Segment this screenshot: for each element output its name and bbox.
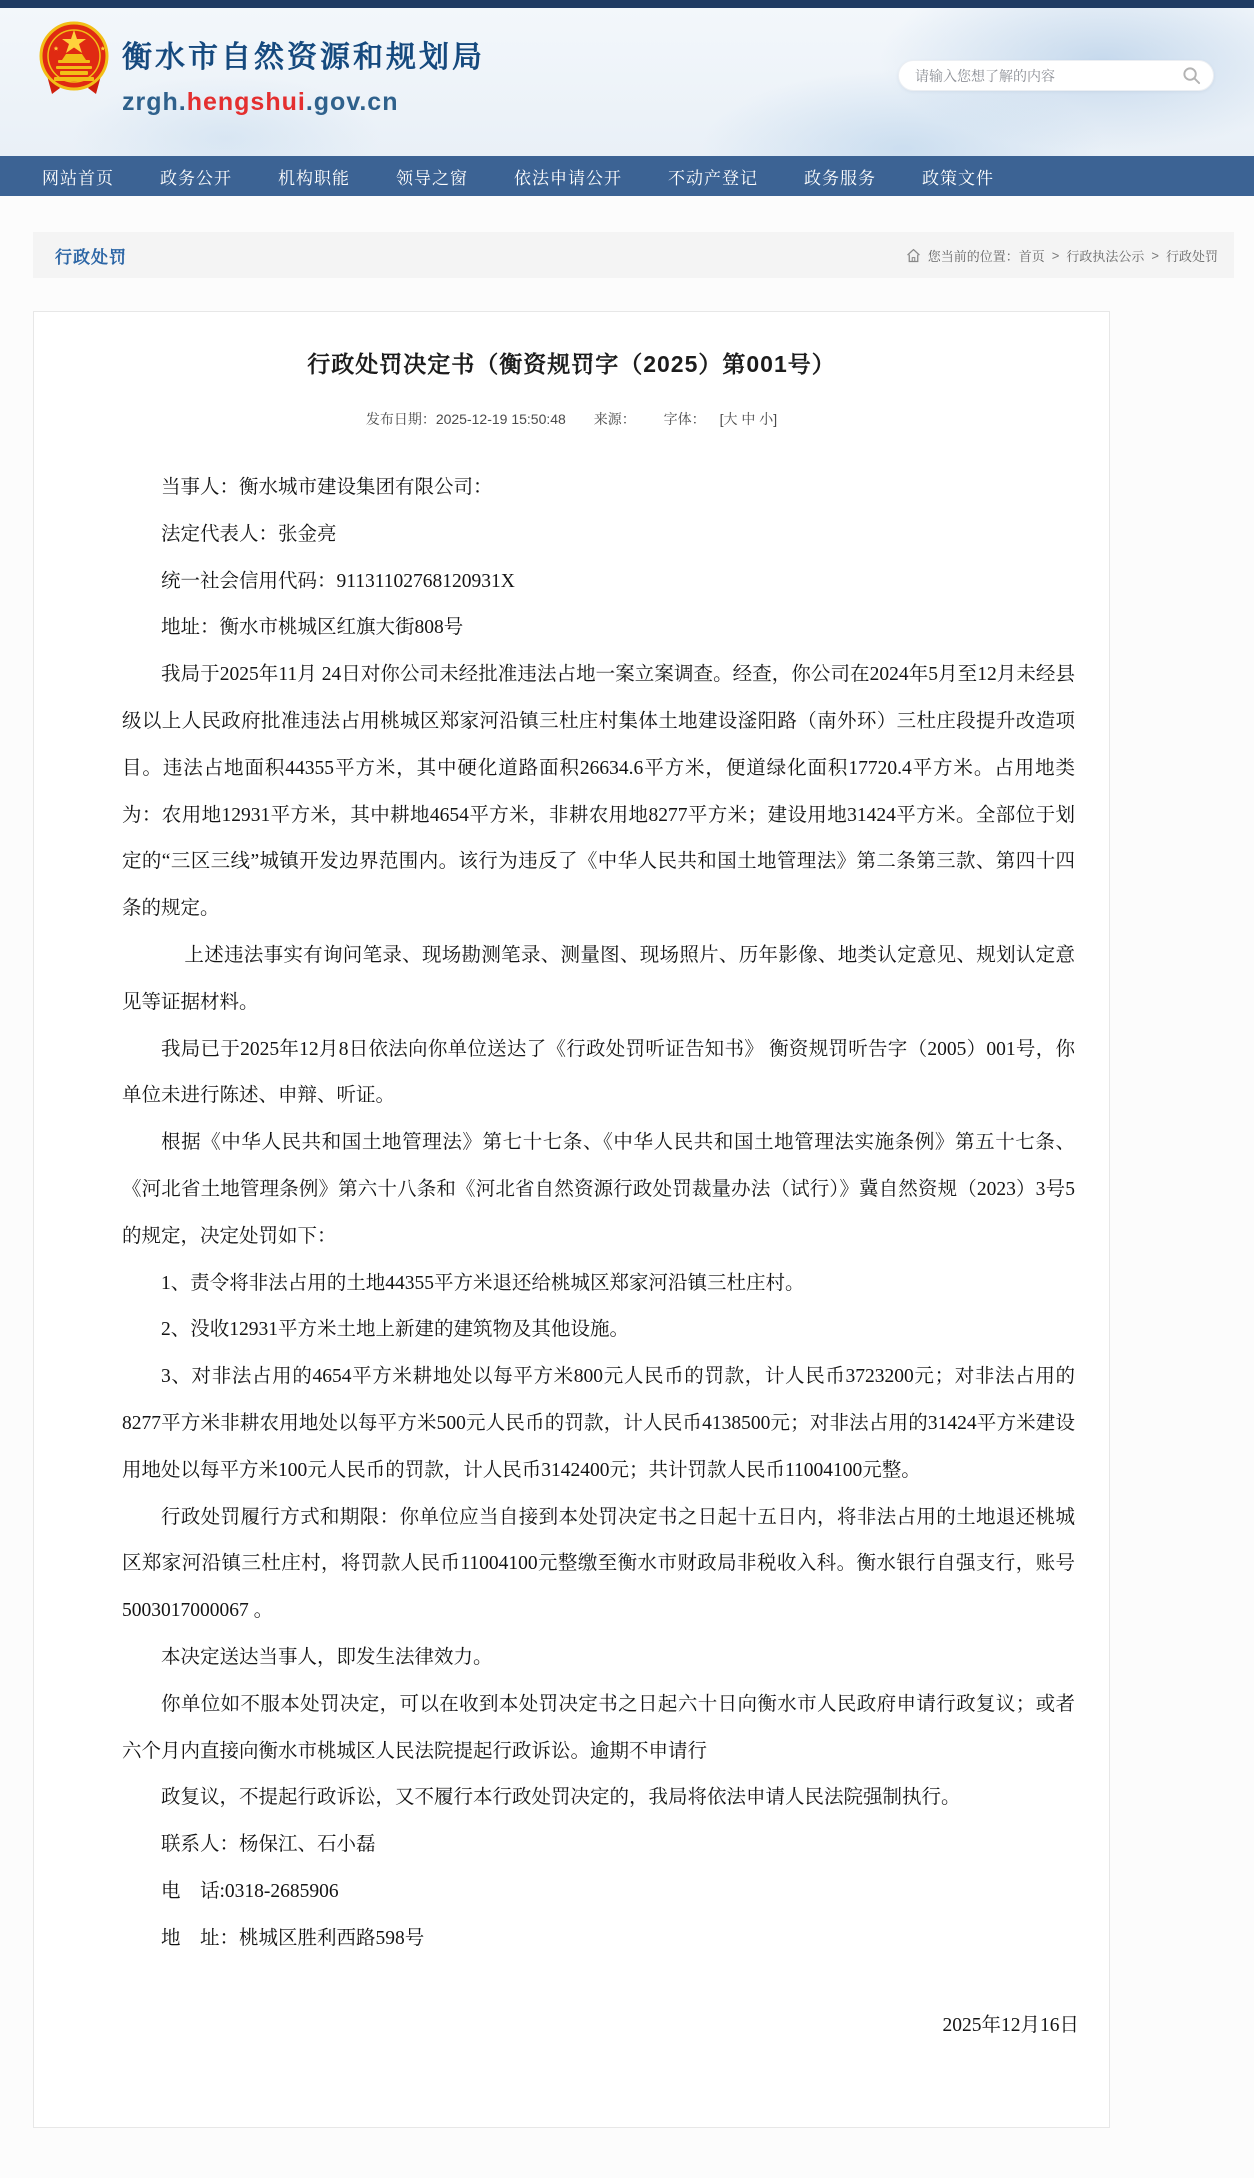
doc-paragraph: 法定代表人：张金亮 [122, 512, 1075, 559]
search-icon [1182, 66, 1201, 85]
doc-paragraph: 联系人：杨保江、石小磊 [122, 1822, 1075, 1869]
breadcrumb-label: 您当前的位置： [928, 246, 1019, 265]
document-body: 当事人：衡水城市建设集团有限公司： 法定代表人：张金亮 统一社会信用代码：911… [34, 429, 1109, 2049]
breadcrumb: 您当前的位置： 首页 > 行政执法公示 > 行政处罚 [905, 246, 1218, 265]
doc-paragraph: 当事人：衡水城市建设集团有限公司： [122, 465, 1075, 512]
doc-paragraph: 我局已于2025年12月8日依法向你单位送达了《行政处罚听证告知书》 衡资规罚听… [122, 1027, 1075, 1121]
site-url-suffix: .gov.cn [306, 88, 399, 116]
breadcrumb-separator: > [1052, 248, 1060, 263]
nav-item-leaders[interactable]: 领导之窗 [396, 164, 468, 189]
site-url-highlight: hengshui [187, 88, 306, 116]
doc-paragraph: 你单位如不服本处罚决定，可以在收到本处罚决定书之日起六十日向衡水市人民政府申请行… [122, 1682, 1075, 1776]
doc-paragraph: 地 址：桃城区胜利西路598号 [122, 1916, 1075, 1963]
doc-paragraph: 上述违法事实有询问笔录、现场勘测笔录、测量图、现场照片、历年影像、地类认定意见、… [122, 933, 1075, 1027]
doc-paragraph: 3、对非法占用的4654平方米耕地处以每平方米800元人民币的罚款，计人民币37… [122, 1354, 1075, 1494]
nav-item-info-request[interactable]: 依法申请公开 [514, 164, 622, 189]
font-size-switcher[interactable]: [大 中 小] [720, 411, 778, 427]
site-url: zrgh.hengshui.gov.cn [122, 88, 485, 117]
doc-paragraph: 2、没收12931平方米土地上新建的建筑物及其他设施。 [122, 1307, 1075, 1354]
breadcrumb-link-penalty[interactable]: 行政处罚 [1166, 246, 1218, 265]
search-input[interactable] [915, 68, 1182, 84]
nav-item-gov-affairs[interactable]: 政务公开 [160, 164, 232, 189]
search-button[interactable] [1182, 66, 1201, 85]
publish-date: 发布日期：2025-12-19 15:50:48 [366, 411, 566, 427]
site-header: 衡水市自然资源和规划局 zrgh.hengshui.gov.cn [0, 8, 1254, 156]
nav-item-policies[interactable]: 政策文件 [922, 164, 994, 189]
national-emblem-logo[interactable] [38, 20, 110, 102]
doc-paragraph: 统一社会信用代码：91131102768120931X [122, 559, 1075, 606]
doc-paragraph: 电 话:0318-2685906 [122, 1869, 1075, 1916]
home-icon [905, 247, 922, 264]
doc-paragraph: 根据《中华人民共和国土地管理法》第七十七条、《中华人民共和国土地管理法实施条例》… [122, 1120, 1075, 1260]
document-sign-date: 2025年12月16日 [122, 2003, 1079, 2050]
doc-paragraph: 行政处罚履行方式和期限：你单位应当自接到本处罚决定书之日起十五日内，将非法占用的… [122, 1495, 1075, 1635]
doc-paragraph: 地址：衡水市桃城区红旗大街808号 [122, 605, 1075, 652]
breadcrumb-separator: > [1151, 248, 1159, 263]
site-identity: 衡水市自然资源和规划局 zrgh.hengshui.gov.cn [122, 32, 485, 117]
doc-paragraph: 政复议，不提起行政诉讼，又不履行本行政处罚决定的，我局将依法申请人民法院强制执行… [122, 1775, 1075, 1822]
doc-paragraph: 1、责令将非法占用的土地44355平方米退还给桃城区郑家河沿镇三杜庄村。 [122, 1261, 1075, 1308]
source-label: 来源： [594, 411, 636, 427]
breadcrumb-link-home[interactable]: 首页 [1019, 246, 1045, 265]
font-size-label: 字体： [664, 411, 706, 427]
nav-item-functions[interactable]: 机构职能 [278, 164, 350, 189]
doc-paragraph: 本决定送达当事人，即发生法律效力。 [122, 1635, 1075, 1682]
document-meta: 发布日期：2025-12-19 15:50:48 来源： 字体：[大 中 小] [34, 409, 1109, 429]
nav-item-services[interactable]: 政务服务 [804, 164, 876, 189]
section-title: 行政处罚 [55, 243, 127, 268]
site-title: 衡水市自然资源和规划局 [122, 32, 485, 76]
nav-item-home[interactable]: 网站首页 [42, 164, 114, 189]
document-title: 行政处罚决定书（衡资规罚字（2025）第001号） [34, 346, 1109, 379]
doc-paragraph: 我局于2025年11月 24日对你公司未经批准违法占地一案立案调查。经查，你公司… [122, 652, 1075, 933]
site-url-prefix: zrgh. [122, 88, 187, 116]
top-accent-bar [0, 0, 1254, 8]
main-navigation: 网站首页 政务公开 机构职能 领导之窗 依法申请公开 不动产登记 政务服务 政策… [0, 156, 1254, 196]
breadcrumb-link-enforcement[interactable]: 行政执法公示 [1066, 246, 1144, 265]
breadcrumb-bar: 行政处罚 您当前的位置： 首页 > 行政执法公示 > 行政处罚 [33, 232, 1234, 278]
search-box [898, 60, 1214, 91]
document-card: 行政处罚决定书（衡资规罚字（2025）第001号） 发布日期：2025-12-1… [33, 311, 1110, 2128]
nav-item-real-estate[interactable]: 不动产登记 [668, 164, 758, 189]
